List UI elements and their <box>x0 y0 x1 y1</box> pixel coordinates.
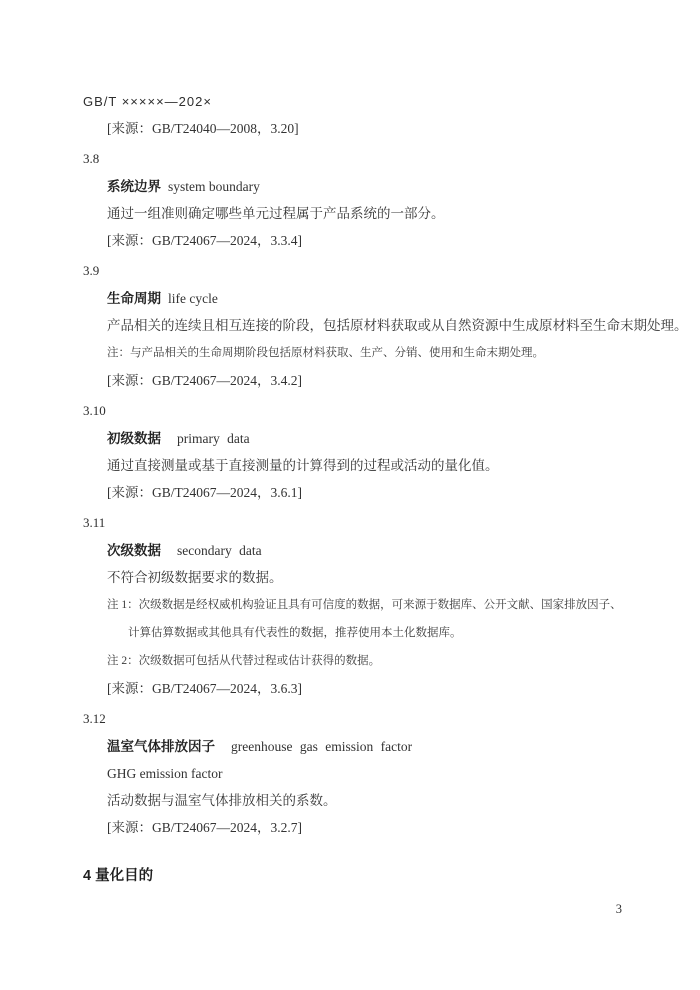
definition: 不符合初级数据要求的数据。 <box>83 564 642 591</box>
document-page: GB/T ×××××—202× [来源：GB/T24040—2008，3.20]… <box>0 0 700 990</box>
note-2: 注 2：次级数据可包括从代替过程或估计获得的数据。 <box>83 647 642 675</box>
term-section-3-12: 3.12 温室气体排放因子greenhouse gas emission fac… <box>83 705 642 841</box>
definition: 活动数据与温室气体排放相关的系数。 <box>83 787 642 814</box>
definition: 通过一组准则确定哪些单元过程属于产品系统的一部分。 <box>83 200 642 227</box>
term-en: system boundary <box>168 179 260 194</box>
definition: 通过直接测量或基于直接测量的计算得到的过程或活动的量化值。 <box>83 452 642 479</box>
term-section-3-8: 3.8 系统边界system boundary 通过一组准则确定哪些单元过程属于… <box>83 145 642 254</box>
section-number: 3.12 <box>83 705 642 733</box>
term-line: 次级数据secondary data <box>83 537 642 564</box>
page-number: 3 <box>616 902 622 917</box>
term-zh: 初级数据 <box>107 431 161 446</box>
term-en: secondary data <box>177 543 262 558</box>
definition: 产品相关的连续且相互连接的阶段，包括原材料获取或从自然资源中生成原材料至生命末期… <box>83 312 642 339</box>
source-ref: [来源：GB/T24067—2024，3.6.3] <box>83 675 642 702</box>
clause-4-heading: 4 量化目的 <box>83 862 642 890</box>
term-zh: 生命周期 <box>107 291 161 306</box>
term-line: 生命周期life cycle <box>83 285 642 312</box>
term-section-3-9: 3.9 生命周期life cycle 产品相关的连续且相互连接的阶段，包括原材料… <box>83 257 642 394</box>
term-zh: 温室气体排放因子 <box>107 739 215 754</box>
term-line: 温室气体排放因子greenhouse gas emission factor <box>83 733 642 760</box>
term-en: life cycle <box>168 291 218 306</box>
source-ref: [来源：GB/T24067—2024，3.3.4] <box>83 227 642 254</box>
term-zh: 系统边界 <box>107 179 161 194</box>
term-en: greenhouse gas emission factor <box>231 739 412 754</box>
source-ref-intro: [来源：GB/T24040—2008，3.20] <box>83 115 642 142</box>
source-ref: [来源：GB/T24067—2024，3.6.1] <box>83 479 642 506</box>
note-1-line-1: 注 1：次级数据是经权威机构验证且具有可信度的数据，可来源于数据库、公开文献、国… <box>83 591 642 619</box>
term-zh: 次级数据 <box>107 543 161 558</box>
term-section-3-10: 3.10 初级数据primary data 通过直接测量或基于直接测量的计算得到… <box>83 397 642 506</box>
note: 注：与产品相关的生命周期阶段包括原材料获取、生产、分销、使用和生命末期处理。 <box>83 339 642 367</box>
note-1-line-2: 计算估算数据或其他具有代表性的数据，推荐使用本土化数据库。 <box>83 619 642 647</box>
section-number: 3.10 <box>83 397 642 425</box>
term-line: 初级数据primary data <box>83 425 642 452</box>
term-en: primary data <box>177 431 250 446</box>
source-ref: [来源：GB/T24067—2024，3.2.7] <box>83 814 642 841</box>
running-header: GB/T ×××××—202× <box>83 88 642 115</box>
term-section-3-11: 3.11 次级数据secondary data 不符合初级数据要求的数据。 注 … <box>83 509 642 702</box>
section-number: 3.9 <box>83 257 642 285</box>
section-number: 3.11 <box>83 509 642 537</box>
term-en-alt: GHG emission factor <box>83 760 642 787</box>
source-ref: [来源：GB/T24067—2024，3.4.2] <box>83 367 642 394</box>
term-line: 系统边界system boundary <box>83 173 642 200</box>
section-number: 3.8 <box>83 145 642 173</box>
